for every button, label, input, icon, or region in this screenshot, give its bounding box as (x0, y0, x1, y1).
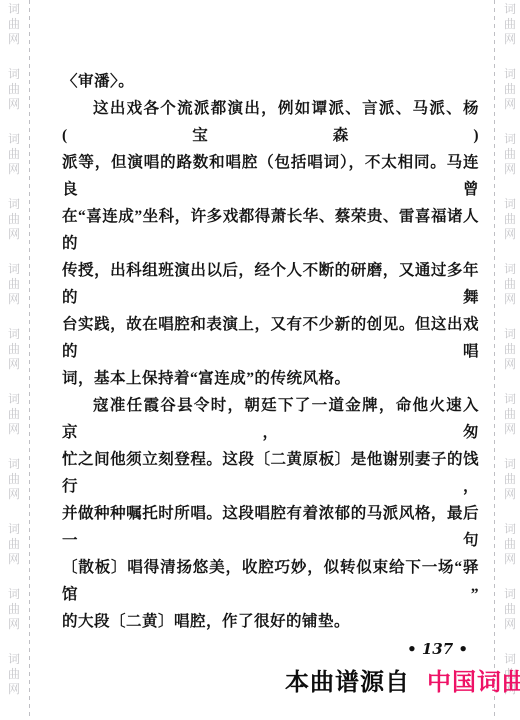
watermark-char: 曲 (501, 603, 519, 616)
watermark-char: 网 (501, 358, 519, 371)
watermark-char: 网 (501, 163, 519, 176)
watermark-char: 网 (5, 98, 23, 111)
watermark-char: 词 (5, 198, 23, 211)
watermark-group: 词曲网 (501, 328, 519, 371)
watermark-char: 曲 (501, 213, 519, 226)
watermark-char: 曲 (5, 148, 23, 161)
watermark-char: 网 (5, 163, 23, 176)
watermark-group: 词曲网 (501, 198, 519, 241)
watermark-char: 词 (5, 393, 23, 406)
watermark-char: 词 (5, 458, 23, 471)
text-line: 的大段〔二黄〕唱腔，作了很好的铺垫。 (62, 608, 479, 635)
watermark-char: 词 (5, 3, 23, 16)
watermark-char: 词 (501, 458, 519, 471)
right-dashed-border (494, 0, 495, 720)
watermark-char: 网 (501, 488, 519, 501)
watermark-group: 词曲网 (5, 393, 23, 436)
watermark-char: 网 (501, 98, 519, 111)
watermark-char: 曲 (5, 83, 23, 96)
watermark-char: 曲 (5, 408, 23, 421)
watermark-char: 词 (501, 263, 519, 276)
watermark-char: 曲 (5, 278, 23, 291)
text-line: 传授，出科组班演出以后，经个人不断的研磨，又通过多年的舞 (62, 257, 479, 311)
text-line: 寇准任霞谷县令时，朝廷下了一道金牌，命他火速入京，匆 (62, 392, 479, 446)
watermark-char: 词 (5, 68, 23, 81)
watermark-group: 词曲网 (501, 393, 519, 436)
text-line: 派等，但演唱的路数和唱腔（包括唱词），不太相同。马连良曾 (62, 149, 479, 203)
watermark-group: 词曲网 (5, 68, 23, 111)
watermark-char: 曲 (501, 473, 519, 486)
watermark-group: 词曲网 (501, 68, 519, 111)
source-site-text: 中国词曲网 (427, 662, 520, 697)
watermark-char: 词 (501, 328, 519, 341)
watermark-group: 词曲网 (5, 198, 23, 241)
article-title: 〈审潘〉。 (62, 68, 479, 95)
watermark-group: 词曲网 (5, 653, 23, 696)
watermark-group: 词曲网 (5, 3, 23, 46)
watermark-char: 网 (501, 293, 519, 306)
text-line: 这出戏各个流派都演出，例如谭派、言派、马派、杨(宝森) (62, 95, 479, 149)
watermark-char: 词 (5, 263, 23, 276)
watermark-char: 词 (501, 198, 519, 211)
watermark-char: 词 (501, 68, 519, 81)
watermark-char: 曲 (501, 148, 519, 161)
watermark-char: 曲 (501, 343, 519, 356)
text-line: 〔散板〕唱得清扬悠美，收腔巧妙，似转似束给下一场“驿馆” (62, 554, 479, 608)
watermark-char: 网 (5, 618, 23, 631)
text-line: 并做种种嘱托时所唱。这段唱腔有着浓郁的马派风格，最后一句 (62, 500, 479, 554)
watermark-char: 词 (5, 653, 23, 666)
watermark-char: 网 (5, 228, 23, 241)
watermark-group: 词曲网 (501, 133, 519, 176)
watermark-char: 曲 (5, 473, 23, 486)
watermark-char: 网 (501, 423, 519, 436)
watermark-char: 曲 (5, 213, 23, 226)
watermark-char: 词 (501, 133, 519, 146)
watermark-char: 曲 (5, 603, 23, 616)
watermark-char: 网 (5, 488, 23, 501)
watermark-char: 网 (501, 33, 519, 46)
source-prefix-text: 本曲谱源自 (285, 662, 410, 697)
watermark-group: 词曲网 (5, 133, 23, 176)
watermark-char: 网 (5, 293, 23, 306)
watermark-group: 词曲网 (5, 588, 23, 631)
watermark-char: 曲 (5, 18, 23, 31)
watermark-group: 词曲网 (5, 523, 23, 566)
watermark-char: 曲 (5, 668, 23, 681)
watermark-char: 词 (501, 393, 519, 406)
watermark-char: 曲 (5, 343, 23, 356)
text-line: 台实践，故在唱腔和表演上，又有不少新的创见。但这出戏的唱 (62, 311, 479, 365)
text-line: 在“喜连成”坐科，许多戏都得萧长华、蔡荣贵、雷喜福诸人的 (62, 203, 479, 257)
watermark-char: 词 (5, 588, 23, 601)
text-line: 忙之间他须立刻登程。这段〔二黄原板〕是他谢别妻子的饯行， (62, 446, 479, 500)
watermark-char: 网 (5, 33, 23, 46)
source-attribution: 本曲谱源自 中国词曲网 (285, 662, 520, 697)
watermark-group: 词曲网 (5, 263, 23, 306)
article-body: 〈审潘〉。 这出戏各个流派都演出，例如谭派、言派、马派、杨(宝森) 派等，但演唱… (62, 68, 479, 635)
watermark-char: 曲 (501, 538, 519, 551)
watermark-char: 词 (5, 328, 23, 341)
watermark-char: 网 (5, 358, 23, 371)
watermark-group: 词曲网 (5, 328, 23, 371)
watermark-char: 词 (5, 523, 23, 536)
watermark-column-right: 词曲网词曲网词曲网词曲网词曲网词曲网词曲网词曲网词曲网词曲网词曲网 (501, 3, 519, 696)
watermark-group: 词曲网 (501, 458, 519, 501)
watermark-char: 曲 (501, 83, 519, 96)
page-number: • 137 • (407, 640, 468, 658)
watermark-char: 词 (501, 523, 519, 536)
watermark-char: 网 (5, 553, 23, 566)
watermark-char: 曲 (501, 18, 519, 31)
watermark-char: 网 (5, 683, 23, 696)
watermark-column-left: 词曲网词曲网词曲网词曲网词曲网词曲网词曲网词曲网词曲网词曲网词曲网 (5, 3, 23, 696)
watermark-char: 网 (501, 618, 519, 631)
watermark-group: 词曲网 (501, 588, 519, 631)
watermark-char: 网 (5, 423, 23, 436)
scanned-book-page: 词曲网词曲网词曲网词曲网词曲网词曲网词曲网词曲网词曲网词曲网词曲网 词曲网词曲网… (0, 0, 520, 720)
watermark-char: 曲 (501, 408, 519, 421)
watermark-char: 曲 (501, 278, 519, 291)
watermark-char: 网 (501, 553, 519, 566)
left-dashed-border (29, 0, 30, 720)
watermark-char: 词 (501, 588, 519, 601)
watermark-group: 词曲网 (501, 263, 519, 306)
watermark-char: 曲 (5, 538, 23, 551)
watermark-char: 网 (501, 228, 519, 241)
text-line: 词，基本上保持着“富连成”的传统风格。 (62, 365, 479, 392)
watermark-char: 词 (501, 3, 519, 16)
watermark-group: 词曲网 (501, 523, 519, 566)
watermark-char: 词 (5, 133, 23, 146)
watermark-group: 词曲网 (5, 458, 23, 501)
watermark-group: 词曲网 (501, 3, 519, 46)
